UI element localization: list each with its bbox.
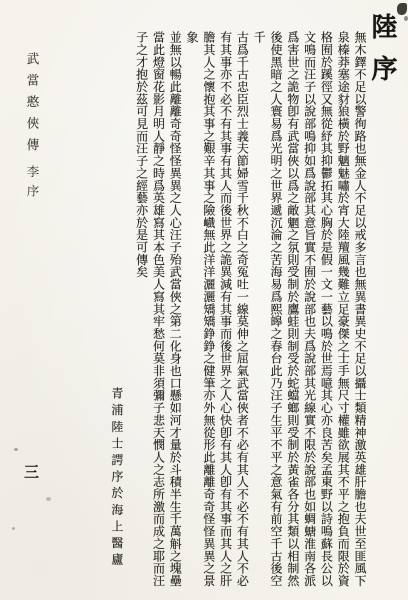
text-column: 並無以暢此離離奇奇怪怪異異之人心汪子殆武當俠之第二化身也口懸如河才量於斗積半生千…	[166, 31, 183, 597]
text-column: 無木鐸不足以警徇路也無金人不足以戒多言也無異書異史不足以攝士類精神激英雄肝膽也夫…	[351, 31, 368, 597]
scan-artifact	[397, 3, 407, 15]
page-number: 三	[24, 461, 39, 482]
scan-artifact	[14, 448, 18, 451]
margin-book-title: 武當憨俠傳	[23, 52, 41, 160]
text-column: 古爲千古忠臣烈士義夫節婦雪千秋不白之奇冤吐一線莫伸之屈氣武當俠者不必有其人不必不…	[234, 31, 251, 597]
text-column: 泉榛莽塞途豺狼橫於野魑魅嘯於宵大陸羶風幾難立足豪傑之士手無尺寸權雖欲展其不平之抱…	[334, 31, 351, 597]
preface-title: 陸序	[364, 13, 401, 97]
text-column: 格囿於蹊徑又無從紓其抑鬱拓其心胸於是假一文一藝以鳴於世焉噫其心亦良苦矣孟東野以詩…	[318, 31, 335, 597]
text-column: 膽其人之懷抱其事之艱辛其事之險巇無此洋洋灑灑矯矯錚錚之健筆亦外無從形此離離奇奇怪…	[183, 31, 217, 597]
text-column: 有其事亦不必不有其事有其人而後世界之詭異減有其事而後世界之人心快卽有其人卽有其事…	[217, 31, 234, 597]
preface-body: 無木鐸不足以警徇路也無金人不足以戒多言也無異書異史不足以攝士類精神激英雄肝膽也夫…	[108, 31, 368, 597]
scan-artifact	[12, 527, 15, 530]
scan-artifact	[46, 497, 51, 501]
scan-artifact	[404, 16, 408, 21]
text-column: 爲害世之詭物卽有武當俠以爲之敵魍之氛則受制於鷹蛙則制受於蛇蟷螂則受制於黃雀各分其…	[284, 31, 301, 597]
author-signature: 青浦陸士諤序於海上醫廬	[108, 31, 125, 597]
text-column: 當此燈窗花影月明人靜之時爲英雄寫其本色美人寫其牢愁何莫非須彌子悲天憫人之志所激而…	[150, 31, 167, 597]
text-column: 子之才抱於茲可見而汪子之經藝亦於是可傳矣	[133, 31, 150, 597]
margin-preface-label: 李序	[23, 165, 41, 204]
text-column: 後使黑暗之人寰易爲光明之世界遞沉淪之苦海易爲熙皞之春台此乃汪子生平不平之意氣有前…	[250, 31, 284, 597]
text-column: 文鳴而汪子以說部鳴抑如爲說部其意旨實不囿於說部也夫爲說部其光線實不限於說部也如蜩…	[301, 31, 318, 597]
scanned-book-page: 陸序 無木鐸不足以警徇路也無金人不足以戒多言也無異書異史不足以攝士類精神激英雄肝…	[0, 0, 408, 600]
